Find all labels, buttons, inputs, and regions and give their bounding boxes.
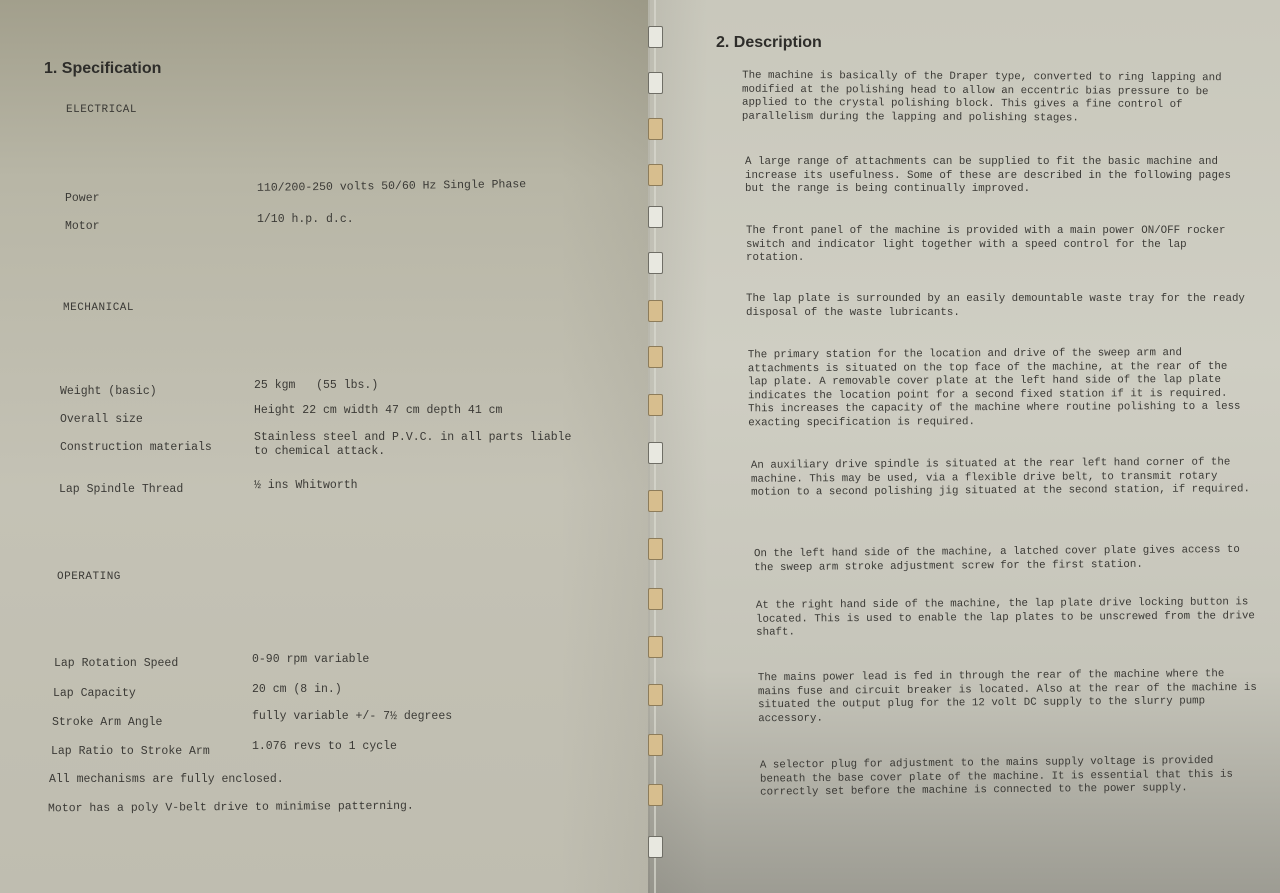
description-paragraph-6: An auxiliary drive spindle is situated a… (751, 456, 1251, 500)
spec-label-stroke-arm-angle: Stroke Arm Angle (52, 716, 162, 729)
spec-label-construction: Construction materials (60, 441, 212, 454)
description-paragraph-2: A large range of attachments can be supp… (745, 156, 1245, 197)
description-paragraph-1: The machine is basically of the Draper t… (742, 70, 1242, 127)
gutter-shadow-left (560, 0, 650, 893)
note-enclosed: All mechanisms are fully enclosed. (49, 773, 284, 786)
description-paragraph-3: The front panel of the machine is provid… (746, 225, 1246, 266)
spec-value-overall-size: Height 22 cm width 47 cm depth 41 cm (254, 404, 502, 418)
spec-value-lap-capacity: 20 cm (8 in.) (252, 683, 342, 697)
description-paragraph-4: The lap plate is surrounded by an easily… (746, 293, 1246, 320)
spec-value-construction: Stainless steel and P.V.C. in all parts … (254, 431, 571, 459)
description-paragraph-8: At the right hand side of the machine, t… (756, 596, 1256, 640)
spec-value-spindle-thread: ½ ins Whitworth (254, 479, 358, 493)
description-paragraph-9: The mains power lead is fed in through t… (758, 668, 1258, 727)
note-v-belt: Motor has a poly V-belt drive to minimis… (48, 800, 414, 816)
mechanical-subheading: MECHANICAL (63, 301, 134, 315)
spec-value-weight: 25 kgm (55 lbs.) (254, 379, 378, 393)
spec-label-lap-capacity: Lap Capacity (53, 687, 136, 700)
spec-label-power: Power (65, 192, 100, 205)
spec-label-overall-size: Overall size (60, 413, 143, 426)
spiral-binding-icon (640, 0, 670, 893)
description-paragraph-7: On the left hand side of the machine, a … (754, 544, 1254, 576)
description-paragraph-10: A selector plug for adjustment to the ma… (760, 754, 1260, 800)
operating-subheading: OPERATING (57, 570, 121, 584)
spec-value-rotation-speed: 0-90 rpm variable (252, 653, 369, 667)
spec-value-lap-ratio: 1.076 revs to 1 cycle (252, 740, 397, 754)
spec-label-spindle-thread: Lap Spindle Thread (59, 483, 183, 496)
spec-label-rotation-speed: Lap Rotation Speed (54, 657, 178, 670)
electrical-subheading: ELECTRICAL (66, 103, 137, 117)
description-heading: 2. Description (716, 34, 822, 52)
specification-heading: 1. Specification (44, 60, 161, 78)
spec-label-weight: Weight (basic) (60, 385, 157, 398)
spec-label-motor: Motor (65, 220, 100, 233)
spec-label-lap-ratio: Lap Ratio to Stroke Arm (51, 745, 210, 758)
spec-value-stroke-arm-angle: fully variable +/- 7½ degrees (252, 710, 452, 724)
spec-value-motor: 1/10 h.p. d.c. (257, 213, 354, 227)
description-paragraph-5: The primary station for the location and… (748, 347, 1248, 431)
